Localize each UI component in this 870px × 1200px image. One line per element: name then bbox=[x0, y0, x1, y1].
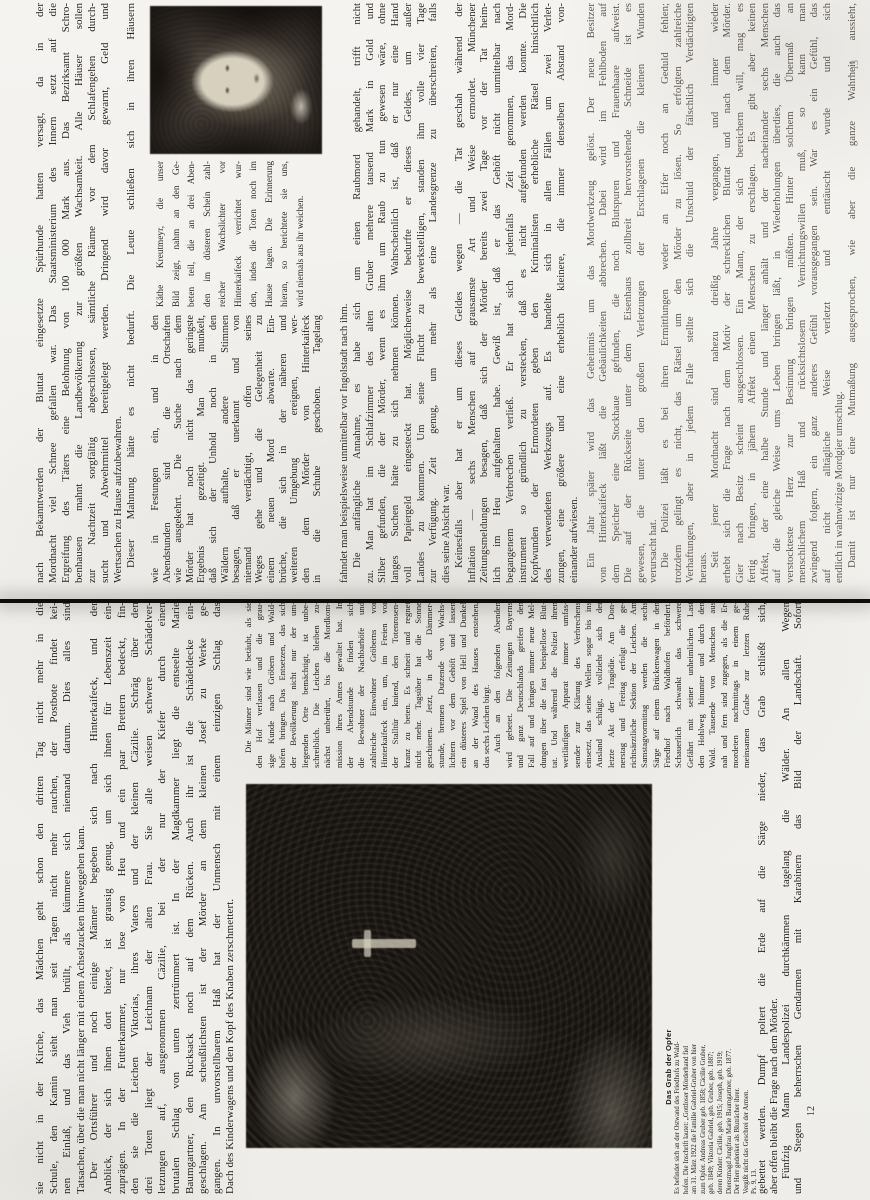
text-line: den im düsteren Schein zahl- bbox=[201, 161, 217, 307]
text-line: beten teil, die an drei Aben- bbox=[185, 161, 201, 307]
text-line: Weges gehe und die Gelegenheit zu bbox=[254, 315, 266, 583]
right-page-number: 13 bbox=[850, 60, 861, 70]
left-page-number: 12 bbox=[806, 1106, 817, 1116]
text-line: Die anfängliche Annahme, es habe sich um… bbox=[351, 3, 364, 583]
text-line: weitläufigen Apparat immer umfas- bbox=[560, 602, 571, 768]
text-line: benhausen mahnt die Landbevölkerung zur … bbox=[73, 3, 86, 583]
text-line: in die Schuhe geschoben. Tagelang bbox=[312, 315, 324, 583]
text-line: letzungen auf, ausgenommen Cäzilie, bei … bbox=[156, 602, 170, 1194]
text-line: einem neuen Mord abwarte. Ein- bbox=[266, 315, 278, 583]
text-line: schreiblich. Die Leichen bleiben zu- bbox=[311, 602, 322, 768]
text-line: sucht und Abwehrmittel bereitgelegt werd… bbox=[99, 3, 112, 583]
text-line: auf nicht alltägliche Weise verletzt und… bbox=[821, 3, 833, 583]
text-line: des verwendeten Werkzeugs auf. Es handel… bbox=[542, 3, 555, 583]
right-page-wrapped-column: wie in Festungen ein, und in denAbendstu… bbox=[150, 315, 324, 583]
text-line: Fünfzig Mann Landespolizei durchkämmen t… bbox=[780, 602, 792, 1194]
text-line: Es befindet sich an der Ostwand des Frie… bbox=[674, 940, 683, 1194]
text-line: letzte Akt der Tragödie. Am Don- bbox=[606, 602, 617, 768]
portrait-caption: Käthe Kreutmeyr, die unserBild zeigt, na… bbox=[154, 161, 309, 307]
text-line: wird gebetet. Die Zeitungen Bayerns bbox=[504, 602, 515, 768]
grave-caption-lines: Es befindet sich an der Ostwand des Frie… bbox=[674, 940, 760, 1194]
text-line: kranz zu beten. Es schneit und regnet bbox=[402, 602, 413, 768]
text-line: instrument so gründlich zu verstecken, d… bbox=[517, 3, 530, 583]
text-line: Gier nach Besitz scheint ausgeschlossen.… bbox=[734, 3, 746, 583]
text-line: den Hof verlassen und die grau- bbox=[254, 602, 265, 768]
text-line: hofen. Die Inschrift lautet: „Gottloser … bbox=[683, 940, 692, 1194]
text-line: Der Herr gedenket als Bluträcher ihrer. bbox=[734, 940, 743, 1194]
right-page: nach Bekanntwerden der Bluttat eingesetz… bbox=[0, 0, 870, 600]
text-line: die Bewohner der Nachbarhöfe und bbox=[356, 602, 367, 768]
text-line: Inflation — sechs Menschen auf grausamst… bbox=[466, 3, 479, 583]
text-line: auf die gleiche Weise ums Leben bringen … bbox=[771, 3, 783, 583]
text-line: voll Papiergeld eingesteckt hat. Möglich… bbox=[402, 3, 415, 583]
text-line: Kopfwunden der Ermordeten geben den Krim… bbox=[529, 3, 542, 583]
text-line: weiteren Umgebung ereignen, wer- bbox=[289, 315, 301, 583]
text-line: den dem Mörder von Hinterkaifeck bbox=[301, 315, 313, 583]
text-line: trotzdem gelingt es nicht, das Rätsel um… bbox=[672, 3, 684, 583]
text-line: zahlreiche Einwohner Gröberns vor bbox=[368, 602, 379, 768]
text-line: liegenden Orte bemächtigt, ist unbe- bbox=[300, 602, 311, 768]
text-line: zu. Man hat im Schlafzimmer des alten Gr… bbox=[364, 3, 377, 583]
text-line: Bild zeigt, nahm an den Ge- bbox=[170, 161, 186, 307]
text-line: Fall auf und bringen immer neue Mel- bbox=[526, 602, 537, 768]
text-line: langes Suchen hätte zu sich nehmen könne… bbox=[389, 3, 402, 583]
text-line: Käthe Kreutmeyr, die unser bbox=[154, 161, 170, 307]
text-line: brutalen Schlag von unten zertrümmert is… bbox=[170, 602, 184, 1194]
text-line: mission ihres Amtes gewaltet hat. In bbox=[334, 602, 345, 768]
text-line: Ein Jahr später wird das Geheimnis um da… bbox=[585, 3, 597, 583]
rotated-spread: sie nicht in der Kirche, das Mädchen geh… bbox=[0, 0, 870, 1200]
text-line: dungen über die fast beispiellose Blut- bbox=[538, 602, 549, 768]
text-line: verstockteste Herz zur Besinnung bringen… bbox=[784, 3, 796, 583]
text-line: der Abendstunde finden sich bbox=[345, 602, 356, 768]
text-line: Gefährt mit seiner unheimlichen Last bbox=[685, 602, 696, 768]
text-line: meinsamen Grabe zur letzten Ruhe bbox=[741, 602, 752, 768]
text-line: endlich in wahnwitzige Mordgier umschlug… bbox=[833, 3, 845, 583]
text-line: nächst unberührt, bis die Mordkom- bbox=[322, 602, 333, 768]
text-line: von Hinterkaifeck läßt die Gebäulichkeit… bbox=[597, 3, 609, 583]
text-line: Zeitungsmeldungen besagen, daß sich der … bbox=[478, 3, 491, 583]
text-line: geschlagen. Am scheußlichsten ist der Mö… bbox=[197, 602, 211, 1194]
text-line: nicht mehr. Tagsüber hat die Sonne bbox=[413, 602, 424, 768]
text-line: lich im Heu aufgehalten habe. Gewiß ist,… bbox=[491, 3, 504, 583]
text-line: sige Kunde nach Gröbern und Wald- bbox=[266, 602, 277, 768]
text-line: Anblick, der sich ihnen dort bietet, ist… bbox=[102, 602, 116, 1194]
text-line: Verhaftungen, aber in jedem Falle stellt… bbox=[684, 3, 696, 583]
right-page-bottom-paragraphs: Ein Jahr später wird das Geheimnis um da… bbox=[585, 3, 858, 583]
text-line: Vergißt nicht das Geschrei der Armen. bbox=[743, 940, 752, 1194]
text-line: reicher Wachslichter vor bbox=[216, 161, 232, 307]
text-line: Hinterkaifeck ein, um, im Freien vor bbox=[379, 602, 390, 768]
text-line: zum Opfer. Andreas Gruber geb. 1858; Cäc… bbox=[700, 940, 709, 1194]
text-line: Die Männer sind wie betäubt, als sie bbox=[243, 602, 254, 768]
text-line: gangen. In unvorstellbarem Haß hat der U… bbox=[211, 602, 225, 1194]
text-line: Wertsachen zu Hause aufzubewahren. bbox=[112, 3, 125, 583]
right-page-top-paragraphs: nach Bekanntwerden der Bluttat eingesetz… bbox=[34, 3, 138, 583]
grave-cross-monument bbox=[352, 939, 416, 948]
text-line: Ergreifung des Täters eine Belohnung von… bbox=[60, 3, 73, 583]
text-line: begangenem Verbrechen verließ. Er hat si… bbox=[504, 3, 517, 583]
text-line: sie nicht in der Kirche, das Mädchen geh… bbox=[34, 602, 48, 1194]
text-line: lichtern vor dem Gehöft und lassen bbox=[447, 602, 458, 768]
text-line: Auch an den folgenden Abenden bbox=[492, 602, 503, 768]
text-line: drei Toten liegt der Leichnam der alten … bbox=[143, 602, 157, 1194]
grave-photo-caption: Das Grab der Opfer Es befindet sich an d… bbox=[664, 940, 760, 1194]
text-line: nah und fern sind zugegen, als die Er- bbox=[719, 602, 730, 768]
text-line: Friedhof nach Waldhofen befördert. bbox=[662, 602, 673, 768]
text-line: niemand verdächtigt, offen seines bbox=[243, 315, 255, 583]
text-line: brüche, die sich in der näheren und bbox=[278, 315, 290, 583]
text-line: Dienstmagd Jungfrau Marie Baumgartner, g… bbox=[726, 940, 735, 1194]
text-line: Ergebnis gezeitigt. Man munkelt, bbox=[196, 315, 208, 583]
text-line: zur Verfügung. Zeit genug, um mehr als e… bbox=[427, 3, 440, 583]
text-line: gebettet werden. Dumpf poltert die Erde … bbox=[756, 602, 768, 1194]
grave-photo bbox=[246, 784, 652, 1148]
text-line: ein düsteres Spiel von Hell und Dunkel bbox=[458, 602, 469, 768]
text-line: aber offen bleibt die Frage nach dem Mör… bbox=[768, 602, 780, 1194]
text-line: zungen, eine größere und eine erheblich … bbox=[555, 3, 568, 583]
text-line: daß sich der Unhold noch in den bbox=[208, 315, 220, 583]
text-line: Mörder hat noch nicht das geringste bbox=[185, 315, 197, 583]
text-line: Baumgartner, den Rucksack noch auf dem R… bbox=[184, 602, 198, 1194]
text-line: das sechs Leichen birgt. bbox=[481, 602, 492, 768]
text-line: wird niemals aus ihr weichen. bbox=[294, 161, 310, 307]
text-line: dem Speicher eine Stockhaue gefunden, di… bbox=[610, 3, 622, 583]
text-line: zwingend folgern, ein ganz anderes Gefüh… bbox=[808, 3, 820, 583]
left-page: sie nicht in der Kirche, das Mädchen geh… bbox=[0, 602, 870, 1200]
text-line: den, indes die Toten noch im bbox=[247, 161, 263, 307]
text-line: wie in Festungen ein, und in den bbox=[150, 315, 162, 583]
left-page-top-paragraphs: sie nicht in der Kirche, das Mädchen geh… bbox=[34, 602, 238, 1194]
text-line: an der Wand des Hauses entstehen, bbox=[470, 602, 481, 768]
text-line: wie ausgekehrt. Die Suche nach dem bbox=[173, 315, 185, 583]
text-line: Abendstunden sind die Ortschaften bbox=[162, 315, 174, 583]
text-line: Seit jener Mordnacht sind nahezu dreißig… bbox=[709, 3, 721, 583]
text-line: heraus. bbox=[697, 3, 709, 583]
text-line: der Stalltür kniend, den Totenrosen- bbox=[390, 602, 401, 768]
text-line: sender zur Klärung des Verbrechens bbox=[572, 602, 583, 768]
text-line: Mordnacht viel Schnee gefallen war. Das … bbox=[47, 3, 60, 583]
text-line: richtsärztliche Sektion der Leichen. Am bbox=[628, 602, 639, 768]
right-page-middle-paragraphs: fahndet man beispielsweise unmittelbar v… bbox=[338, 3, 580, 583]
text-line: deren Kinder: Cäcilie, geb. 1915; Joseph… bbox=[717, 940, 726, 1194]
text-line: geschienen. Jetzt, in der Dämmer- bbox=[424, 602, 435, 768]
text-line: Hause lagen. Die Erinnerung bbox=[263, 161, 279, 307]
text-line: nerstag und Freitag erfolgt die ge- bbox=[617, 602, 628, 768]
text-line: Der Ortsführer und noch einige Männer be… bbox=[88, 602, 102, 1194]
left-page-bottom-paragraphs: gebettet werden. Dumpf poltert die Erde … bbox=[756, 602, 804, 1194]
text-line: nach Bekanntwerden der Bluttat eingesetz… bbox=[34, 3, 47, 583]
text-line: gewesen, die unter den großen Verletzung… bbox=[635, 3, 647, 583]
text-line: Särge auf einem Brückenwagen in den bbox=[651, 602, 662, 768]
text-line: Dieser Mahnung hätte es nicht bedurft. D… bbox=[125, 3, 138, 583]
text-line: Hinterkaifeck verrichtet wur- bbox=[232, 161, 248, 307]
text-line: zuprägen. In der Futterkammer, nur lose … bbox=[116, 602, 130, 1194]
text-line: Damit ist nur eine Mutmaßung ausgesproch… bbox=[846, 3, 858, 583]
text-line: der Bevölkerung nicht nur der um- bbox=[288, 602, 299, 768]
text-line: Die auf der Rückseite unter dem Eisenhau… bbox=[622, 3, 634, 583]
text-line: nen Einlaß, und das Vieh brüllt, als küm… bbox=[61, 602, 75, 1194]
text-line: Landes zu kommen. Um seine Flucht zu bew… bbox=[415, 3, 428, 583]
text-line: Keinesfalls aber hat er um dieses Geldes… bbox=[453, 3, 466, 583]
text-line: menschlichem Haß und rücksichtslosem Ver… bbox=[796, 3, 808, 583]
text-line: und Stegen beherrschen Gendarmen mit Kar… bbox=[792, 602, 804, 1194]
text-line: Wald. Tausende von Menschen aus bbox=[707, 602, 718, 768]
text-line: Affekt, der eine halbe Stunde und länger… bbox=[759, 3, 771, 583]
text-line: Die Polizei läßt es bei ihren Ermittlung… bbox=[659, 3, 671, 583]
text-line: besagen, daß er unerkannt und von bbox=[231, 315, 243, 583]
text-line: den Hohlweg hinunter und durch den bbox=[696, 602, 707, 768]
text-line: stunde, brennen Dutzende von Wachs- bbox=[436, 602, 447, 768]
scanned-book-spread: sie nicht in der Kirche, das Mädchen geh… bbox=[0, 0, 870, 1200]
text-line: Tatsachen, über die man nicht länger mit… bbox=[75, 602, 89, 1194]
text-line: den sie die Leichen Viktorias, ihres Vat… bbox=[129, 602, 143, 1194]
portrait-photo bbox=[150, 6, 322, 154]
text-line: fahndet man beispielsweise unmittelbar v… bbox=[338, 3, 351, 583]
grave-caption-title: Das Grab der Opfer bbox=[664, 940, 673, 1194]
text-line: Silber gefunden, die der Mörder, wenn es… bbox=[376, 3, 389, 583]
text-line: Ausland schlägt, vollzieht sich der bbox=[594, 602, 605, 768]
text-line: fertig bringen, in jähem Affekt einen Me… bbox=[746, 3, 758, 583]
text-line: Samstagvormittag werden die sechs bbox=[639, 602, 650, 768]
left-page-wrapped-column: Die Männer sind wie betäubt, als sieden … bbox=[243, 602, 753, 768]
text-line: zur Nachtzeit sorgfältig abgeschlossen, … bbox=[86, 3, 99, 583]
text-line: und ganz Deutschlands greifen den bbox=[515, 602, 526, 768]
text-line: hieran, so berichtete sie uns, bbox=[278, 161, 294, 307]
text-line: erhebt sich die Frage nach dem Motiv der… bbox=[721, 3, 733, 583]
text-line: Schauerlich schwankt das schwere bbox=[673, 602, 684, 768]
text-line: einander aufwiesen. bbox=[568, 3, 581, 583]
text-line: einsetzt, das seine Wellen sogar bis ins bbox=[583, 602, 594, 768]
text-line: geb. 1849; Viktoria Gabriel, geb. Gruber… bbox=[708, 940, 717, 1194]
text-line: mordeten nachmittags in einem ge- bbox=[730, 602, 741, 768]
text-line: am 31. März 1922 die Familie Gabriel-Gru… bbox=[691, 940, 700, 1194]
text-line: Dach des Kinderwagens und den Kopf des K… bbox=[224, 602, 238, 1194]
text-line: Wäldern aufhalte, andere Stimmen bbox=[220, 315, 232, 583]
text-line: Schule, den Kamin sieht man seit Tagen n… bbox=[48, 602, 62, 1194]
text-line: verursacht hat. bbox=[647, 3, 659, 583]
text-line: hofen bringen. Das Entsetzen, das sich bbox=[277, 602, 288, 768]
text-line: dies seine Absicht war. bbox=[440, 3, 453, 583]
text-line: tat. Und während die Polizei ihren bbox=[549, 602, 560, 768]
